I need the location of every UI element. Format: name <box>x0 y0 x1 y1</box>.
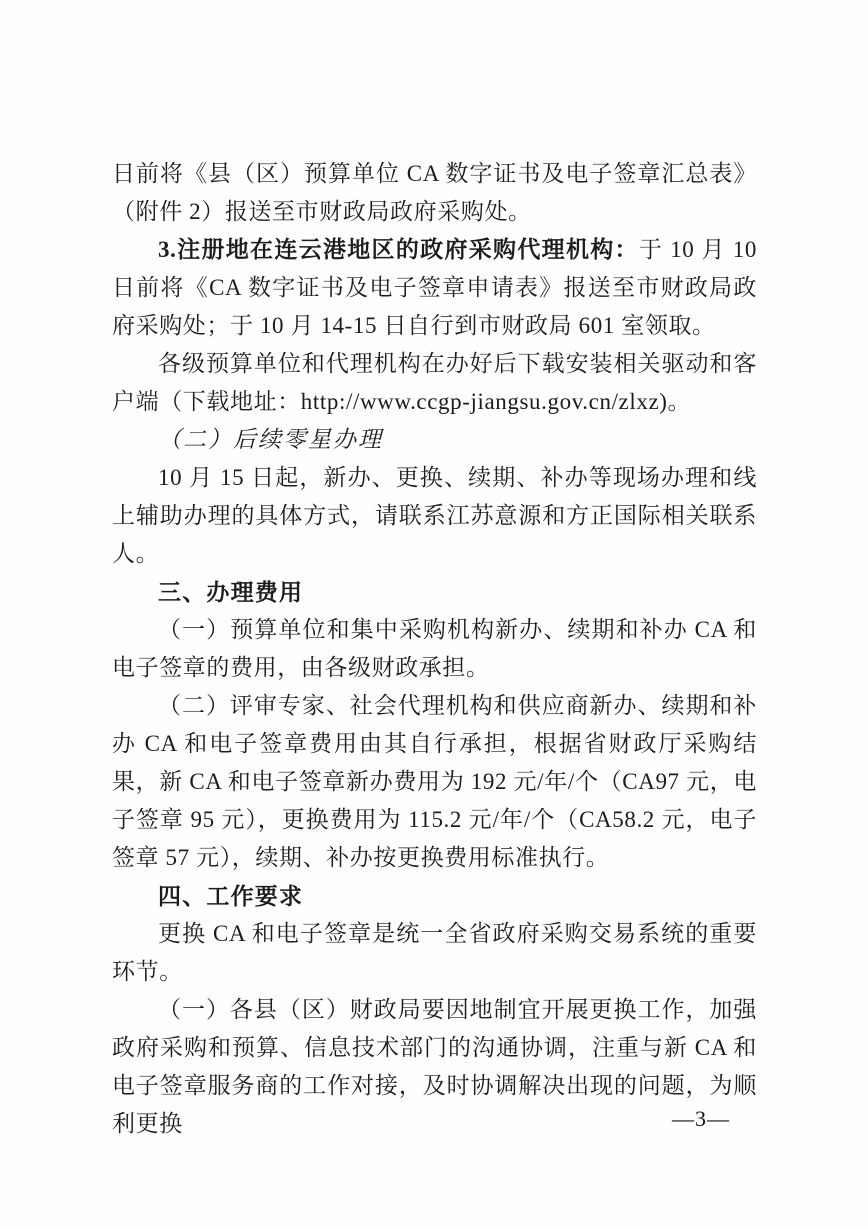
paragraph-p6-heading-3: 三、办理费用 <box>112 573 757 611</box>
paragraph-p7-fee-1: （一）预算单位和集中采购机构新办、续期和补办 CA 和电子签章的费用，由各级财政… <box>112 611 757 687</box>
paragraph-p8-fee-2: （二）评审专家、社会代理机构和供应商新办、续期和补办 CA 和电子签章费用由其自… <box>112 687 757 877</box>
text-segment: （一）预算单位和集中采购机构新办、续期和补办 CA 和电子签章的费用，由各级财政… <box>112 617 757 680</box>
paragraph-p1-continuation: 日前将《县（区）预算单位 CA 数字证书及电子签章汇总表》（附件 2）报送至市财… <box>112 155 757 231</box>
paragraph-p9-heading-4: 四、工作要求 <box>112 877 757 915</box>
page-number: —3— <box>672 1106 730 1132</box>
text-segment-bold: 四、工作要求 <box>158 883 303 909</box>
text-segment: （二）评审专家、社会代理机构和供应商新办、续期和补办 CA 和电子签章费用由其自… <box>112 693 757 870</box>
document-page: 日前将《县（区）预算单位 CA 数字证书及电子签章汇总表》（附件 2）报送至市财… <box>0 0 868 1228</box>
text-segment: （二）后续零星办理 <box>158 427 383 452</box>
paragraph-p4-subheading-2: （二）后续零星办理 <box>112 421 757 459</box>
text-segment: （一）各县（区）财政局要因地制宜开展更换工作，加强政府采购和预算、信息技术部门的… <box>112 997 757 1136</box>
text-segment: 10 月 15 日起，新办、更换、续期、补办等现场办理和线上辅助办理的具体方式，… <box>112 465 757 566</box>
document-body: 日前将《县（区）预算单位 CA 数字证书及电子签章汇总表》（附件 2）报送至市财… <box>112 155 757 1143</box>
paragraph-p3-download: 各级预算单位和代理机构在办好后下载安装相关驱动和客户端（下载地址：http://… <box>112 345 757 421</box>
text-segment-bold: 3.注册地在连云港地区的政府采购代理机构： <box>158 237 639 262</box>
paragraph-p2-item3: 3.注册地在连云港地区的政府采购代理机构：于 10 月 10 日前将《CA 数字… <box>112 231 757 345</box>
text-segment-bold: 三、办理费用 <box>158 579 303 605</box>
paragraph-p11-requirement-1: （一）各县（区）财政局要因地制宜开展更换工作，加强政府采购和预算、信息技术部门的… <box>112 991 757 1143</box>
paragraph-p10-importance: 更换 CA 和电子签章是统一全省政府采购交易系统的重要环节。 <box>112 915 757 991</box>
paragraph-p5-oct15: 10 月 15 日起，新办、更换、续期、补办等现场办理和线上辅助办理的具体方式，… <box>112 459 757 573</box>
text-segment: 日前将《县（区）预算单位 CA 数字证书及电子签章汇总表》（附件 2）报送至市财… <box>112 161 757 224</box>
text-segment: 各级预算单位和代理机构在办好后下载安装相关驱动和客户端（下载地址：http://… <box>112 351 757 414</box>
text-segment: 更换 CA 和电子签章是统一全省政府采购交易系统的重要环节。 <box>112 921 757 984</box>
